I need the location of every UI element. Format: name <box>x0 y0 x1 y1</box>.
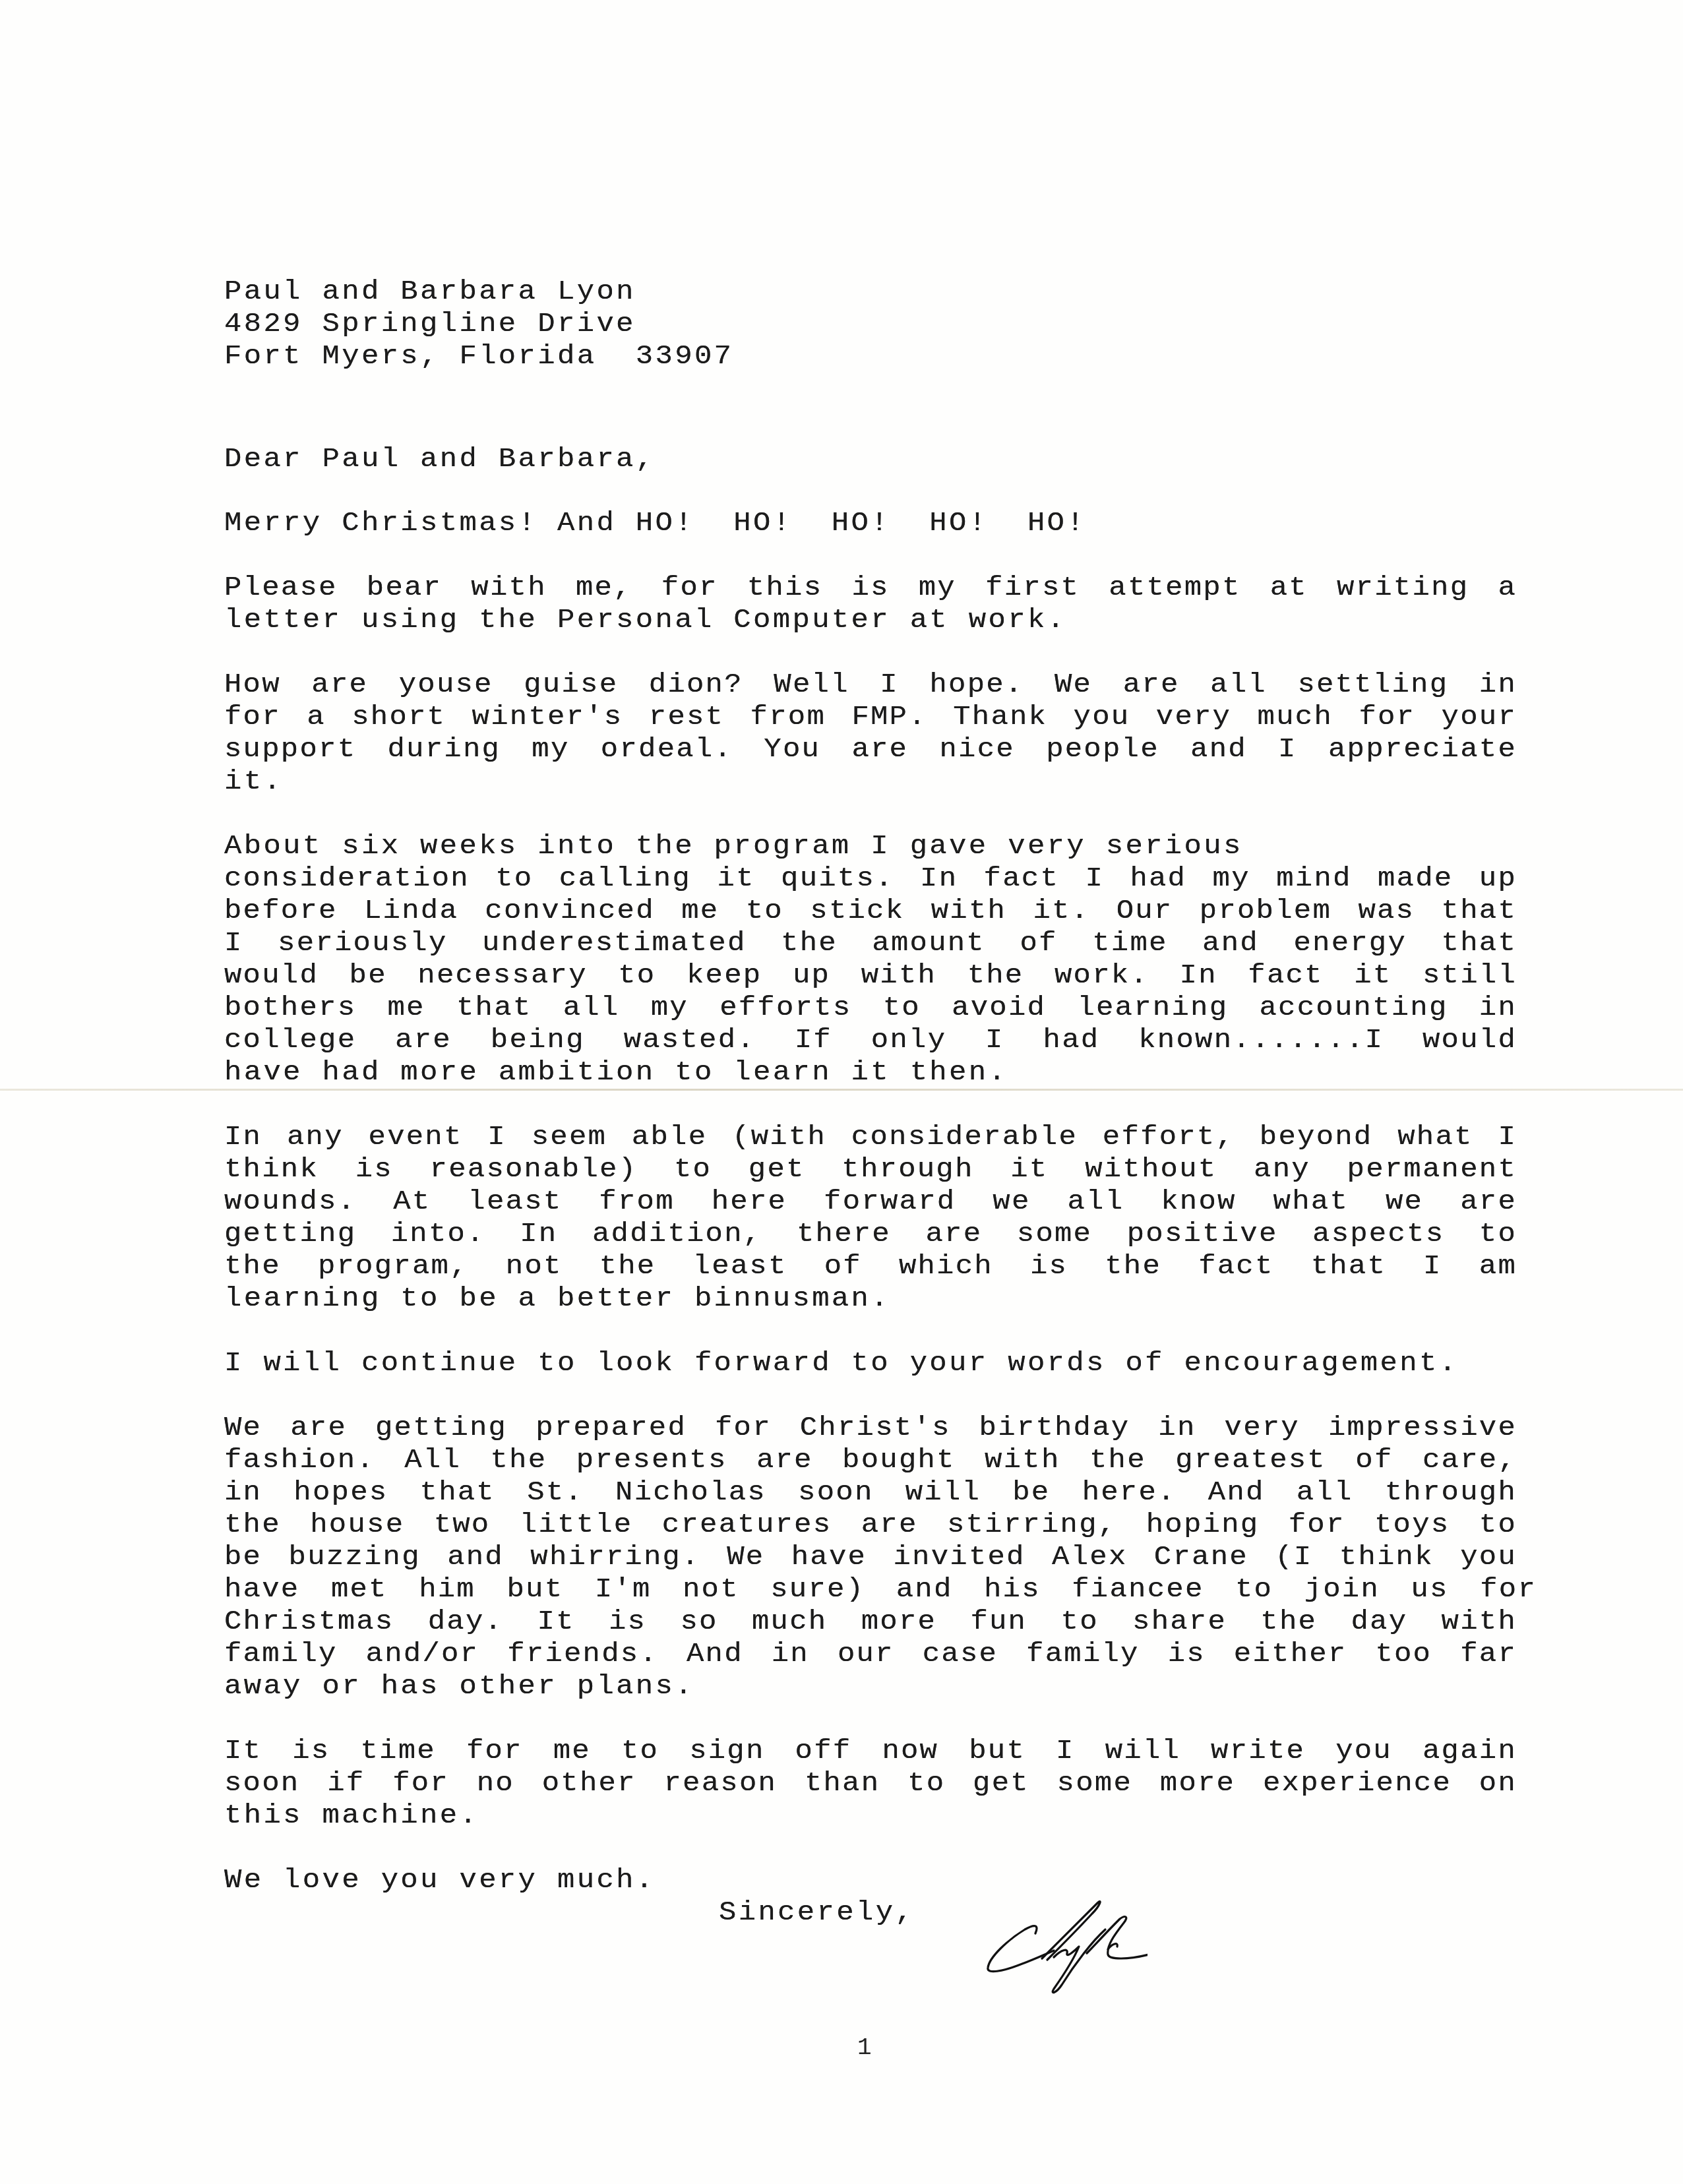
paragraph-line: think is reasonable) to get through it w… <box>224 1155 1517 1184</box>
address-line-street: 4829 Springline Drive <box>224 310 636 339</box>
paragraph-line: Christmas day. It is so much more fun to… <box>224 1608 1517 1637</box>
address-line-name: Paul and Barbara Lyon <box>224 278 636 307</box>
paragraph-line: Please bear with me, for this is my firs… <box>224 574 1517 603</box>
paragraph-line: away or has other plans. <box>224 1672 694 1701</box>
paragraph-line: fashion. All the presents are bought wit… <box>224 1446 1517 1475</box>
salutation: Dear Paul and Barbara, <box>224 445 656 474</box>
paragraph-line: I will continue to look forward to your … <box>224 1349 1458 1378</box>
paragraph-line: be buzzing and whirring. We have invited… <box>224 1543 1517 1572</box>
paragraph-line: We love you very much. <box>224 1866 656 1895</box>
paragraph-line: would be necessary to keep up with the w… <box>224 961 1517 990</box>
paragraph-line: It is time for me to sign off now but I … <box>224 1737 1517 1766</box>
address-line-city: Fort Myers, Florida 33907 <box>224 342 733 371</box>
paragraph-line: soon if for no other reason than to get … <box>224 1769 1517 1798</box>
paragraph-line: We are getting prepared for Christ's bir… <box>224 1414 1517 1443</box>
paragraph-line: for a short winter's rest from FMP. Than… <box>224 703 1517 732</box>
paper-fold-line <box>0 1089 1683 1091</box>
paragraph-line: I seriously underestimated the amount of… <box>224 929 1517 958</box>
paragraph-line: family and/or friends. And in our case f… <box>224 1640 1517 1669</box>
letter-page: Paul and Barbara Lyon 4829 Springline Dr… <box>0 0 1683 2184</box>
greeting-line: Merry Christmas! And HO! HO! HO! HO! HO! <box>224 509 1086 538</box>
paragraph-line: How are youse guise dion? Well I hope. W… <box>224 671 1517 700</box>
paragraph-line: getting into. In addition, there are som… <box>224 1220 1517 1249</box>
paragraph-line: learning to be a better binnusman. <box>224 1285 890 1314</box>
paragraph-line: In any event I seem able (with considera… <box>224 1123 1517 1152</box>
paragraph-line: in hopes that St. Nicholas soon will be … <box>224 1478 1517 1507</box>
paragraph-line: this machine. <box>224 1802 479 1831</box>
paragraph-line: before Linda convinced me to stick with … <box>224 897 1517 926</box>
paragraph-line: consideration to calling it quits. In fa… <box>224 864 1517 894</box>
paragraph-line: About six weeks into the program I gave … <box>224 832 1243 861</box>
paragraph-line: college are being wasted. If only I had … <box>224 1026 1517 1055</box>
paragraph-line: bothers me that all my efforts to avoid … <box>224 994 1517 1023</box>
paragraph-line: have had more ambition to learn it then. <box>224 1058 1008 1087</box>
paragraph-line: wounds. At least from here forward we al… <box>224 1188 1517 1217</box>
paragraph-line: have met him but I'm not sure) and his f… <box>224 1575 1537 1604</box>
handwritten-signature <box>976 1886 1147 1998</box>
paragraph-line: the house two little creatures are stirr… <box>224 1511 1517 1540</box>
closing: Sincerely, <box>719 1898 915 1927</box>
paragraph-line: it. <box>224 768 283 797</box>
paragraph-line: the program, not the least of which is t… <box>224 1252 1517 1281</box>
paragraph-line: support during my ordeal. You are nice p… <box>224 735 1517 764</box>
paragraph-line: letter using the Personal Computer at wo… <box>224 606 1066 635</box>
page-number: 1 <box>857 2035 872 2061</box>
